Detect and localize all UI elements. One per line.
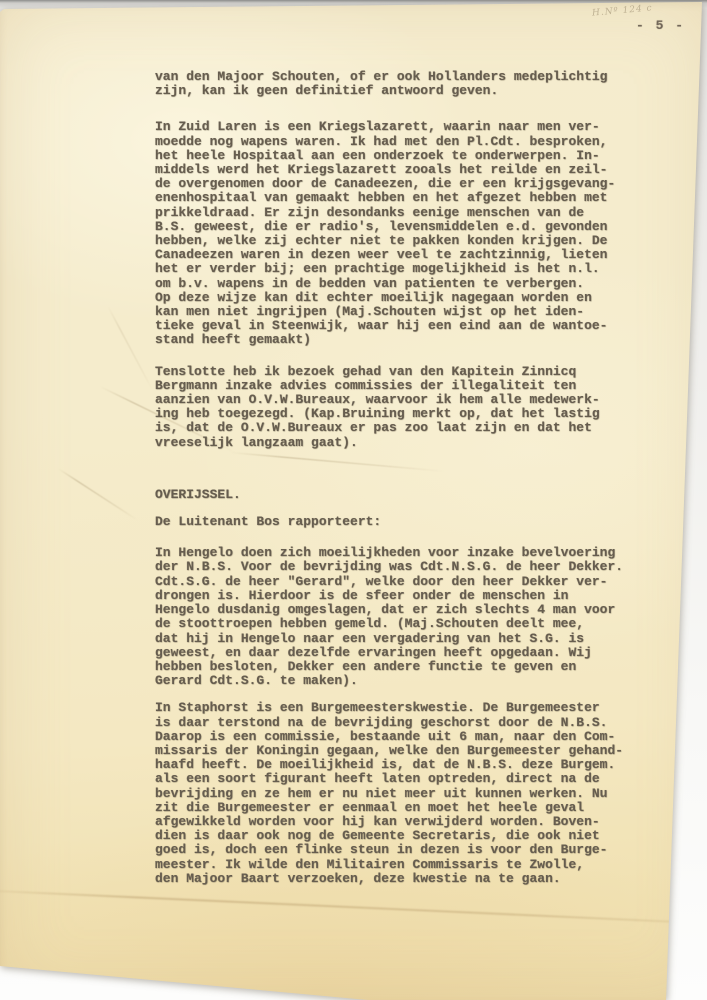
text-line: Op deze wijze kan dit echter moeilijk na… [155, 291, 655, 305]
text-line: zijn, kan ik geen definitief antwoord ge… [155, 84, 655, 98]
text-line: hebben besloten, Dekker een andere funct… [155, 660, 655, 674]
text-line: B.S. geweest, die er radio's, levensmidd… [155, 220, 655, 234]
text-line: Hengelo dusdanig omgeslagen, dat er zich… [155, 603, 655, 617]
scanned-document-page: H.Nº 124 c - 5 - van den Majoor Schouten… [0, 0, 707, 1000]
section-heading: OVERIJSSEL. [155, 488, 655, 502]
pencil-annotation: H.Nº 124 c [592, 3, 653, 18]
text-line: OVERIJSSEL. [155, 488, 655, 502]
text-line: goed is, doch een flinke steun in dezen … [155, 843, 655, 857]
text-line: dien is daar ook nog de Gemeente Secreta… [155, 829, 655, 843]
text-line: stand heeft gemaakt) [155, 333, 655, 347]
crease-line [58, 468, 138, 521]
text-line: prikkeldraad. Er zijn desondanks eenige … [155, 206, 655, 220]
paragraph: De Luitenant Bos rapporteert: [155, 515, 655, 529]
paper-sheet: H.Nº 124 c - 5 - van den Majoor Schouten… [0, 0, 707, 1000]
text-line: aanzien van O.V.W.Bureaux, waarvoor ik h… [155, 393, 655, 407]
text-line: den Majoor Baart verzoeken, deze kwestie… [155, 872, 655, 886]
text-line: is, dat de O.V.W.Bureaux er pas zoo laat… [155, 421, 655, 435]
text-line: kan men niet ingrijpen (Maj.Schouten wij… [155, 305, 655, 319]
paragraph: Tenslotte heb ik bezoek gehad van den Ka… [155, 365, 655, 450]
text-line: om b.v. wapens in de bedden van patiente… [155, 277, 655, 291]
text-line: zit die Burgemeester er eenmaal en moet … [155, 801, 655, 815]
text-line: geweest, en daar dezelfde ervaringen hee… [155, 646, 655, 660]
text-line: moedde nog wapens waren. Ik had met den … [155, 135, 655, 149]
text-line: het heele Hospitaal aan een onderzoek te… [155, 149, 655, 163]
text-line: In Hengelo doen zich moeilijkheden voor … [155, 546, 655, 560]
text-line: Tenslotte heb ik bezoek gehad van den Ka… [155, 365, 655, 379]
text-line: afgewikkeld worden voor hij kan verwijde… [155, 815, 655, 829]
crease-line [108, 306, 153, 390]
text-line: bevrijding en ze hem er nu niet meer uit… [155, 787, 655, 801]
paragraph: In Hengelo doen zich moeilijkheden voor … [155, 546, 655, 688]
text-line: hebben, welke zij echter niet te pakken … [155, 234, 655, 248]
text-line: Daarop is een commissie, bestaande uit 6… [155, 730, 655, 744]
text-line: Gerard Cdt.S.G. te maken). [155, 674, 655, 688]
text-line: De Luitenant Bos rapporteert: [155, 515, 655, 529]
text-line: meester. Ik wilde den Militairen Commiss… [155, 858, 655, 872]
paragraph: In Zuid Laren is een Kriegslazarett, waa… [155, 120, 655, 347]
text-line: In Staphorst is een Burgemeesterskwestie… [155, 701, 655, 715]
paragraph: In Staphorst is een Burgemeesterskwestie… [155, 701, 655, 886]
paragraph: van den Majoor Schouten, of er ook Holla… [155, 70, 655, 98]
text-line: de overgenomen door de Canadeezen, die e… [155, 177, 655, 191]
text-line: haafd heeft. De moeilijkheid is, dat de … [155, 758, 655, 772]
text-line: In Zuid Laren is een Kriegslazarett, waa… [155, 120, 655, 134]
text-line: drongen is. Hierdoor is de sfeer onder d… [155, 589, 655, 603]
text-line: middels werd het Kriegslazarett zooals h… [155, 163, 655, 177]
text-line: enenhospitaal van gemaakt hebben en het … [155, 191, 655, 205]
typewritten-body: van den Majoor Schouten, of er ook Holla… [155, 70, 655, 886]
paper-shadow: H.Nº 124 c - 5 - van den Majoor Schouten… [0, 0, 707, 1000]
text-line: Canadeezen waren in dezen weer veel te z… [155, 248, 655, 262]
text-line: ing heb toegezegd. (Kap.Bruining merkt o… [155, 407, 655, 421]
text-line: dat hij in Hengelo naar een vergadering … [155, 632, 655, 646]
text-line: Bergmann inzake advies commissies der il… [155, 379, 655, 393]
text-line: is daar terstond na de bevrijding gescho… [155, 716, 655, 730]
fold-shadow [0, 889, 707, 926]
text-line: van den Majoor Schouten, of er ook Holla… [155, 70, 655, 84]
text-line: als een soort figurant heeft laten optre… [155, 772, 655, 786]
text-line: de stoottroepen hebben gemeld. (Maj.Scho… [155, 617, 655, 631]
text-line: der N.B.S. Voor de bevrijding was Cdt.N.… [155, 560, 655, 574]
text-line: tieke geval in Steenwijk, waar hij een e… [155, 319, 655, 333]
text-line: vreeselijk langzaam gaat). [155, 436, 655, 450]
text-line: het er verder bij; een prachtige mogelij… [155, 262, 655, 276]
text-line: Cdt.S.G. de heer "Gerard", welke door de… [155, 575, 655, 589]
page-number: - 5 - [636, 18, 685, 33]
text-line: missaris der Koningin gegaan, welke den … [155, 744, 655, 758]
